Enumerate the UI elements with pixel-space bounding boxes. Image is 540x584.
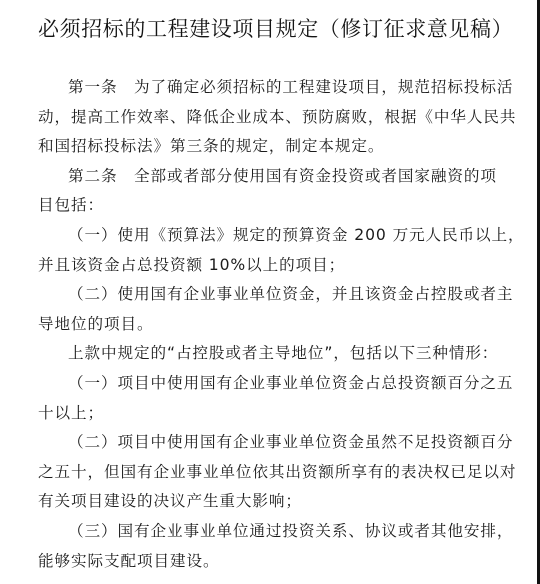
case-2-line-2: 之五十，但国有企业事业单位依其出资额所享有的表决权已足以对 [38,458,458,488]
item-1-line-2: 并且该资金占总投资额 10%以上的项目； [38,251,458,281]
case-2-line-1: （二）项目中使用国有企业事业单位资金虽然不足投资额百分 [38,428,458,458]
item-2-line-1: （二）使用国有企业事业单位资金，并且该资金占控股或者主 [38,280,458,310]
case-1-line-2: 十以上； [38,399,458,429]
case-2-line-3: 有关项目建设的决议产生重大影响； [38,487,458,517]
article-2-line-1: 第二条 全部或者部分使用国有资金投资或者国家融资的项 [38,162,458,192]
case-1-line-1: （一）项目中使用国有企业事业单位资金占总投资额百分之五 [38,369,458,399]
item-2-line-2: 导地位的项目。 [38,310,458,340]
article-1-line-1: 第一条 为了确定必须招标的工程建设项目，规范招标投标活 [38,73,458,103]
document-body: 第一条 为了确定必须招标的工程建设项目，规范招标投标活 动，提高工作效率、降低企… [38,73,458,576]
case-3-line-1: （三）国有企业事业单位通过投资关系、协议或者其他安排， [38,517,458,547]
clause-definition: 上款中规定的“占控股或者主导地位”，包括以下三种情形： [38,339,458,369]
article-1-line-2: 动，提高工作效率、降低企业成本、预防腐败，根据《中华人民共 [38,103,458,133]
article-2-line-2: 目包括： [38,191,458,221]
case-3-line-2: 能够实际支配项目建设。 [38,547,458,577]
article-1-line-3: 和国招标投标法》第三条的规定，制定本规定。 [38,132,458,162]
document-title: 必须招标的工程建设项目规定（修订征求意见稿） [38,13,513,43]
item-1-line-1: （一）使用《预算法》规定的预算资金 200 万元人民币以上， [38,221,458,251]
